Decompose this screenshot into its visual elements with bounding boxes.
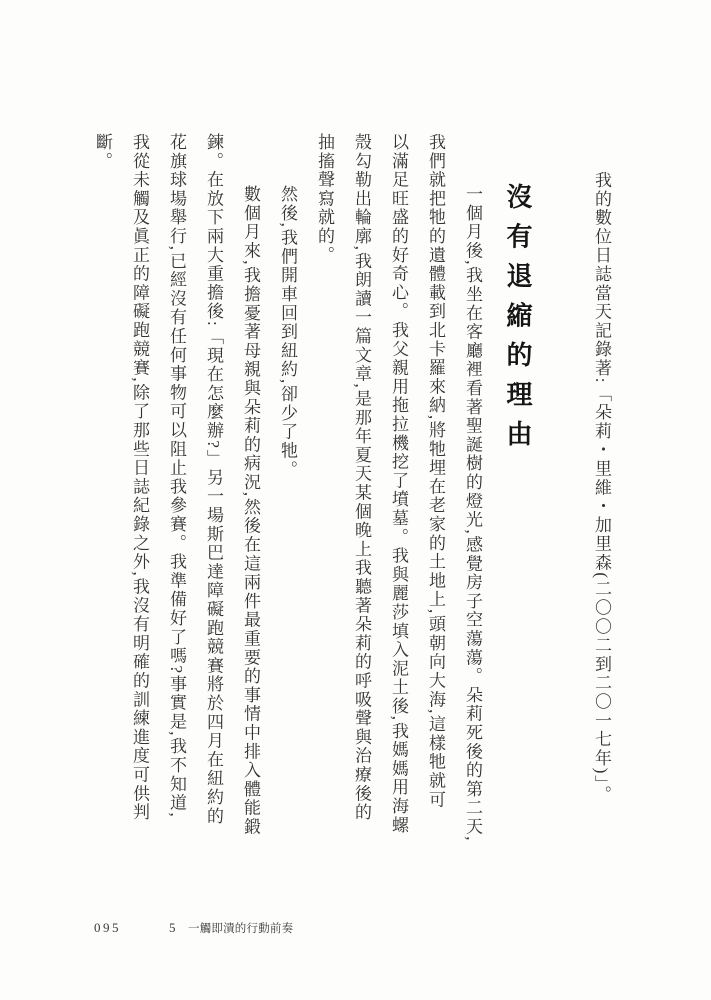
paragraph-line: 以滿足旺盛的好奇心。我父親用拖拉機挖了墳墓。我與麗莎填入泥土後,我媽媽用海螺 <box>384 133 412 878</box>
paragraph-line: 我們就把牠的遺體載到北卡羅來納,將牠埋在老家的土地上,頭朝向大海,這樣牠就可 <box>421 133 449 878</box>
paragraph-line: 殼勾勒出輪廓,我朗讀一篇文章,是那年夏天某個晚上我聽著朵莉的呼吸聲與治療後的 <box>347 133 375 878</box>
chapter-title: 一觸即潰的行動前奏 <box>188 920 293 937</box>
paragraph-line: 我的數位日誌當天記錄著:「朵莉・里維・加里森(二〇〇二到二〇一七年)」。 <box>587 133 615 878</box>
paragraph-line: 斷。 <box>88 133 116 878</box>
paragraph-line: 一個月後,我坐在客廳裡看著聖誕樹的燈光,感覺房子空蕩蕩。朵莉死後的第二天, <box>458 133 486 878</box>
paragraph-line: 抽搐聲寫就的。 <box>310 133 338 878</box>
paragraph-line: 數個月來,我擔憂著母親與朵莉的病況,然後在這兩件最重要的事情中排入體能鍛 <box>236 133 264 878</box>
chapter-number: 5 <box>169 920 176 936</box>
page-number: 095 <box>94 920 121 936</box>
book-page: 我的數位日誌當天記錄著:「朵莉・里維・加里森(二〇〇二到二〇一七年)」。 沒有退… <box>0 0 711 1000</box>
paragraph-line: 我從未觸及眞正的障礙跑競賽,除了那些日誌紀錄之外,我沒有明確的訓練進度可供判 <box>125 133 153 878</box>
section-heading: 沒有退縮的理由 <box>503 133 533 928</box>
paragraph-line: 花旗球場舉行,已經沒有任何事物可以阻止我參賽。我準備好了嗎?事實是,我不知道, <box>162 133 190 878</box>
paragraph-line: 鍊。在放下兩大重擔後:「現在怎麼辦?」另一場斯巴達障礙跑競賽將於四月在紐約的 <box>199 133 227 878</box>
paragraph-line: 然後,我們開車回到紐約,卻少了牠。 <box>273 133 301 878</box>
